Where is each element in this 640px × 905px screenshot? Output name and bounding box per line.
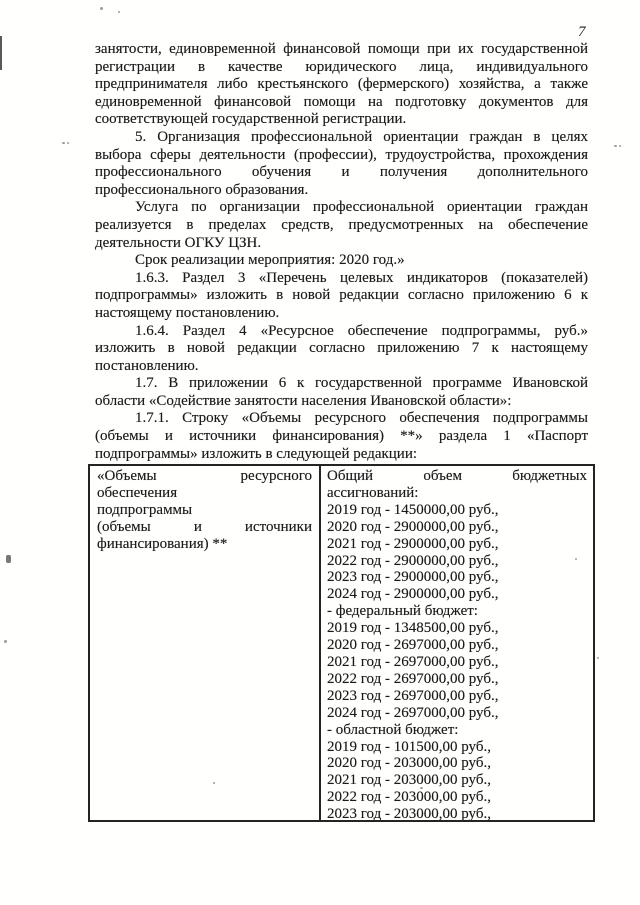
resource-table: «Объемы ресурсного обеспеченияподпрограм… bbox=[88, 464, 595, 822]
scan-speck bbox=[6, 555, 11, 563]
table-cell-left: «Объемы ресурсного обеспеченияподпрограм… bbox=[90, 466, 321, 820]
table-line: (объемы и источники bbox=[97, 519, 312, 536]
table-line: 2020 год - 203000,00 руб., bbox=[327, 755, 587, 772]
table-line: 2023 год - 203000,00 руб., bbox=[327, 806, 587, 820]
text-line: изложить в новой редакции согласно прило… bbox=[95, 340, 588, 358]
text-line: выбора сферы деятельности (профессии), т… bbox=[95, 147, 588, 165]
text-line: 5. Организация профессиональной ориентац… bbox=[95, 129, 588, 147]
table-line: ассигнований: bbox=[327, 485, 587, 502]
paragraph: 1.6.3. Раздел 3 «Перечень целевых индика… bbox=[95, 270, 588, 323]
scan-speck bbox=[597, 657, 599, 659]
scan-speck bbox=[4, 640, 7, 643]
text-line: регистрации в качестве юридического лица… bbox=[95, 59, 588, 77]
scan-speck bbox=[619, 145, 621, 147]
document-page: 7 занятости, единовременной финансовой п… bbox=[0, 0, 640, 905]
text-line: 1.6.3. Раздел 3 «Перечень целевых индика… bbox=[95, 270, 588, 288]
table-line: 2021 год - 203000,00 руб., bbox=[327, 772, 587, 789]
table-line: 2022 год - 2900000,00 руб., bbox=[327, 553, 587, 570]
text-line: подпрограммы» изложить в новой редакции … bbox=[95, 287, 588, 305]
text-line: единовременной финансовой помощи на подг… bbox=[95, 94, 588, 112]
page-number: 7 bbox=[578, 24, 586, 41]
table-line: 2024 год - 2697000,00 руб., bbox=[327, 705, 587, 722]
table-line: 2023 год - 2900000,00 руб., bbox=[327, 569, 587, 586]
scan-speck bbox=[420, 787, 423, 789]
text-line: области «Содействие занятости населения … bbox=[95, 393, 588, 411]
text-line: 1.7.1. Строку «Объемы ресурсного обеспеч… bbox=[95, 410, 588, 428]
paragraph: 1.7.1. Строку «Объемы ресурсного обеспеч… bbox=[95, 410, 588, 463]
table-line: 2022 год - 203000,00 руб., bbox=[327, 789, 587, 806]
paragraph: 5. Организация профессиональной ориентац… bbox=[95, 129, 588, 199]
text-line: постановлению. bbox=[95, 358, 588, 376]
text-line: подпрограммы» изложить в следующей редак… bbox=[95, 446, 588, 464]
table-line: 2021 год - 2697000,00 руб., bbox=[327, 654, 587, 671]
table-line: 2021 год - 2900000,00 руб., bbox=[327, 536, 587, 553]
table-line: 2019 год - 1450000,00 руб., bbox=[327, 502, 587, 519]
scan-speck bbox=[62, 142, 65, 144]
table-cell-right: Общий объем бюджетныхассигнований:2019 г… bbox=[321, 466, 593, 820]
text-line: настоящему постановлению. bbox=[95, 305, 588, 323]
scan-speck bbox=[67, 142, 69, 144]
paragraph: Услуга по организации профессиональной о… bbox=[95, 199, 588, 252]
table-line: «Объемы ресурсного обеспечения bbox=[97, 468, 312, 502]
table-line: - областной бюджет: bbox=[327, 722, 587, 739]
paragraph: 1.7. В приложении 6 к государственной пр… bbox=[95, 375, 588, 410]
paragraph: Срок реализации мероприятия: 2020 год.» bbox=[95, 252, 588, 270]
text-line: профессионального обучения и получения д… bbox=[95, 164, 588, 182]
text-line: деятельности ОГКУ ЦЗН. bbox=[95, 235, 588, 253]
paragraph: 1.6.4. Раздел 4 «Ресурсное обеспечение п… bbox=[95, 323, 588, 376]
text-line: Срок реализации мероприятия: 2020 год.» bbox=[95, 252, 588, 270]
table-line: 2022 год - 2697000,00 руб., bbox=[327, 671, 587, 688]
text-line: соответствующей государственной регистра… bbox=[95, 111, 588, 129]
text-line: Услуга по организации профессиональной о… bbox=[95, 199, 588, 217]
scan-speck bbox=[100, 7, 103, 10]
scan-speck bbox=[575, 558, 577, 560]
text-line: реализуется в пределах средств, предусмо… bbox=[95, 217, 588, 235]
text-line: 1.7. В приложении 6 к государственной пр… bbox=[95, 375, 588, 393]
text-line: предпринимателя либо крестьянского (ферм… bbox=[95, 76, 588, 94]
text-line: профессионального образования. bbox=[95, 182, 588, 200]
table-line: 2019 год - 101500,00 руб., bbox=[327, 739, 587, 756]
table-line: - федеральный бюджет: bbox=[327, 603, 587, 620]
table-line: 2023 год - 2697000,00 руб., bbox=[327, 688, 587, 705]
table-line: 2020 год - 2900000,00 руб., bbox=[327, 519, 587, 536]
table-line: 2019 год - 1348500,00 руб., bbox=[327, 620, 587, 637]
scan-speck bbox=[614, 145, 617, 147]
table-line: Общий объем бюджетных bbox=[327, 468, 587, 485]
text-line: 1.6.4. Раздел 4 «Ресурсное обеспечение п… bbox=[95, 323, 588, 341]
text-line: занятости, единовременной финансовой пом… bbox=[95, 41, 588, 59]
scan-speck bbox=[118, 11, 120, 13]
paragraph: занятости, единовременной финансовой пом… bbox=[95, 41, 588, 129]
table-line: финансирования) ** bbox=[97, 536, 312, 553]
document-body: занятости, единовременной финансовой пом… bbox=[95, 41, 588, 463]
table-line: 2024 год - 2900000,00 руб., bbox=[327, 586, 587, 603]
scan-speck bbox=[213, 782, 215, 784]
table-line: подпрограммы bbox=[97, 502, 312, 519]
table-line: 2020 год - 2697000,00 руб., bbox=[327, 637, 587, 654]
scan-edge-artifact bbox=[0, 36, 2, 70]
text-line: (объемы и источники финансирования) **» … bbox=[95, 428, 588, 446]
